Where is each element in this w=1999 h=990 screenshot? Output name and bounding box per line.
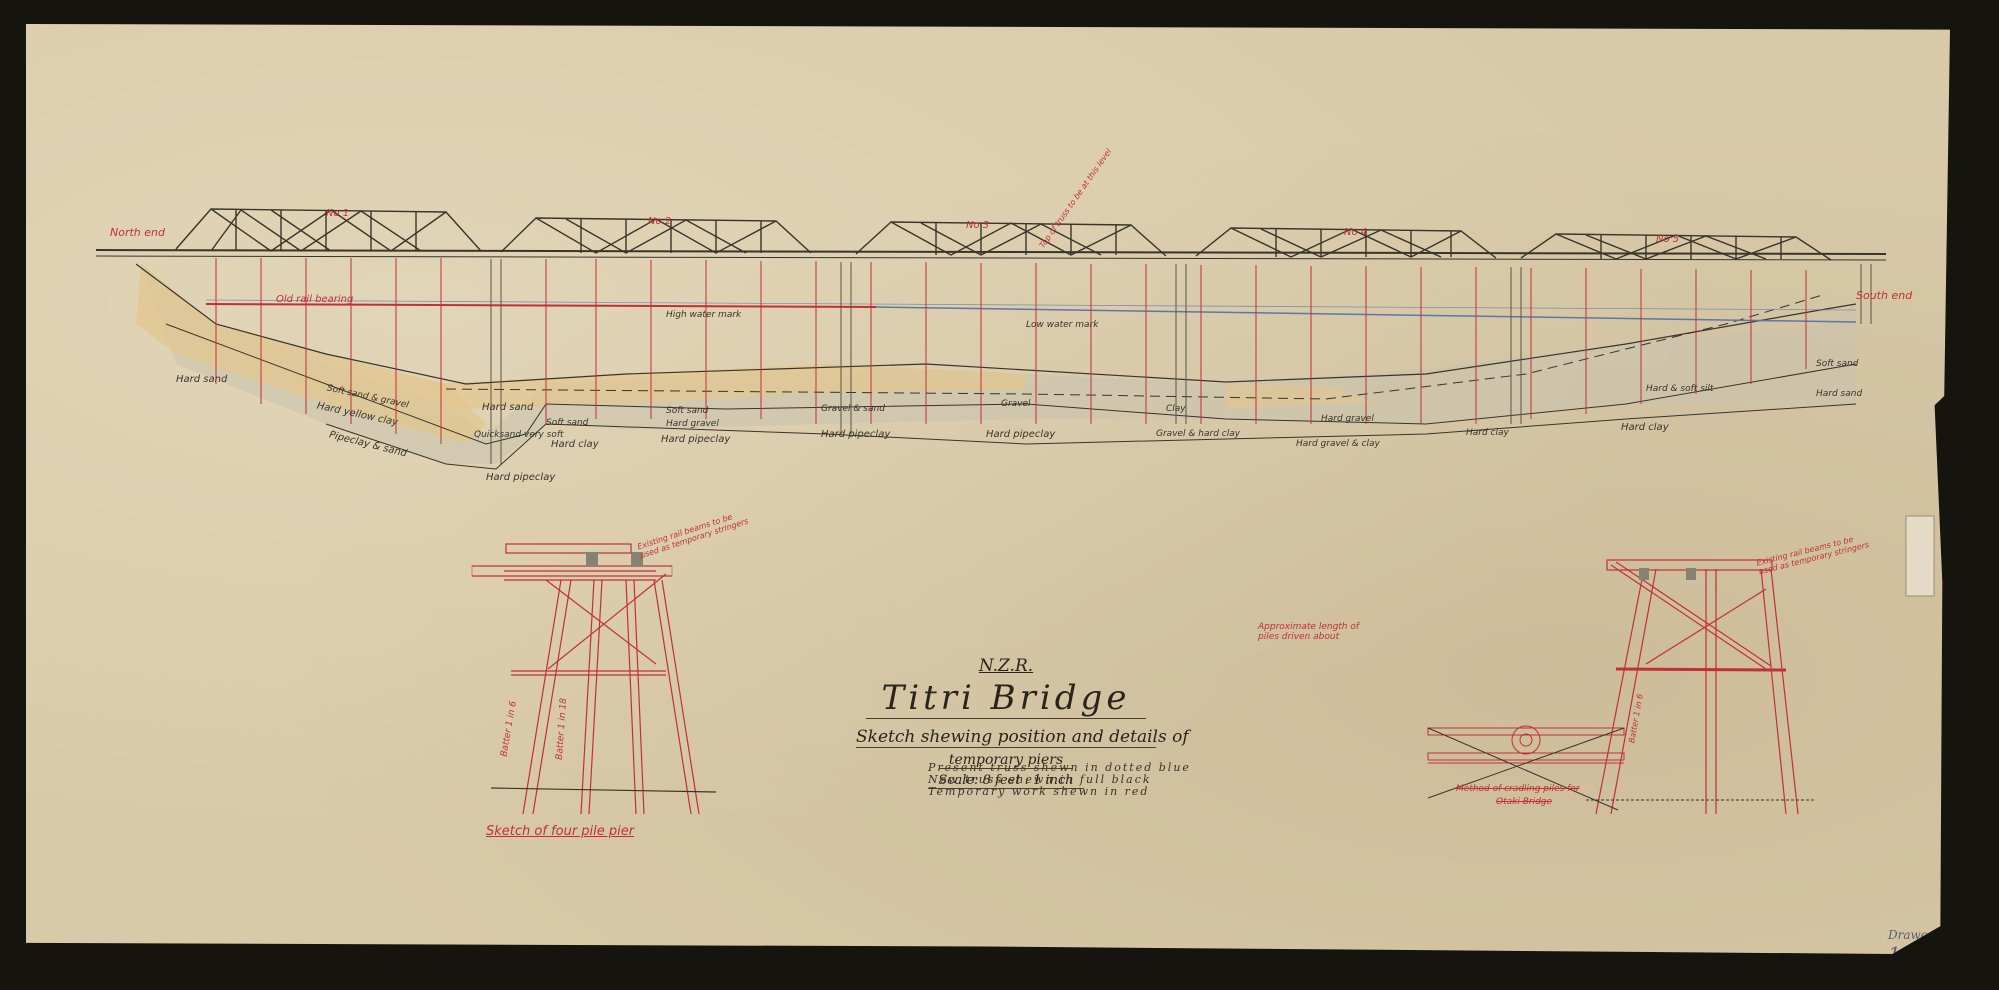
drawer-number: 10 (1888, 942, 1913, 966)
stratum-label: Soft sand (546, 418, 588, 428)
organization: N.Z.R. (856, 656, 1156, 676)
stratum-label: Hard sand (1816, 389, 1862, 399)
four-pile-pier-caption: Sketch of four pile pier (486, 824, 634, 839)
pier-detail-right (1596, 560, 1798, 814)
legend-item: Temporary work shewn in red (928, 786, 1191, 798)
drawer-text: Drawer (1888, 928, 1934, 942)
stratum-label: Hard clay (1621, 422, 1669, 433)
stratum-label: Gravel (1001, 399, 1031, 409)
water-label-old-rail: Old rail bearing (276, 294, 353, 305)
stratum-label: Gravel & hard clay (1156, 429, 1240, 439)
stratum-label: Hard pipeclay (986, 429, 1055, 440)
ground-line (491, 788, 716, 792)
span-label-3: No 3 (966, 220, 989, 231)
archive-stamp: S98 (1878, 952, 1931, 982)
stratum-label: Hard clay (1466, 428, 1509, 438)
paper-repair-patch (1906, 516, 1934, 596)
span-label-4: No 4 (1344, 227, 1367, 238)
struck-method-note: Method of cradling piles for (1456, 784, 1579, 794)
span-label-5: No 5 (1656, 234, 1679, 245)
drawing-sheet: North end South end No 1 No 2 No 3 No 4 … (26, 24, 1950, 954)
stratum-label: Hard clay (551, 439, 599, 450)
stratum-label: Hard pipeclay (486, 472, 555, 483)
stratum-label: Hard gravel & clay (1296, 439, 1380, 449)
stratum-label: Hard & soft silt (1646, 384, 1713, 394)
stratum-label: Hard sand (482, 402, 533, 413)
stratum-label: Clay (1166, 404, 1186, 414)
stratum-label: Hard pipeclay (821, 429, 890, 440)
water-label-low: Low water mark (1026, 320, 1098, 330)
north-end-label: North end (110, 226, 165, 239)
drawing-subtitle: Sketch shewing position and details of (856, 727, 1156, 748)
stratum-label: Soft sand (666, 406, 708, 416)
span-label-1: No 1 (326, 208, 349, 219)
stratum-label: Hard gravel (666, 419, 719, 429)
four-pile-pier-sketch (472, 544, 699, 814)
span-label-2: No 2 (648, 216, 671, 227)
drawing-title: Titri Bridge (866, 678, 1147, 719)
bridge-elevation-drawing (26, 24, 1950, 954)
stratum-label: Soft sand (1816, 359, 1858, 369)
legend: Present truss shewn in dotted blue New t… (928, 762, 1191, 798)
rail-beam-block (586, 552, 598, 566)
stratum-label: Hard gravel (1321, 414, 1374, 424)
stratum-label: Hard sand (176, 374, 227, 385)
struck-bridge-note: Otaki Bridge (1496, 797, 1552, 807)
stratum-label: Hard pipeclay (661, 434, 730, 445)
stratum-label: Gravel & sand (821, 404, 885, 414)
south-end-label: South end (1856, 289, 1912, 302)
pile-length-note: Approximate length of piles driven about (1258, 622, 1378, 642)
drawer-label: Drawer 10 (1888, 928, 1950, 966)
water-label-high: High water mark (666, 310, 741, 320)
